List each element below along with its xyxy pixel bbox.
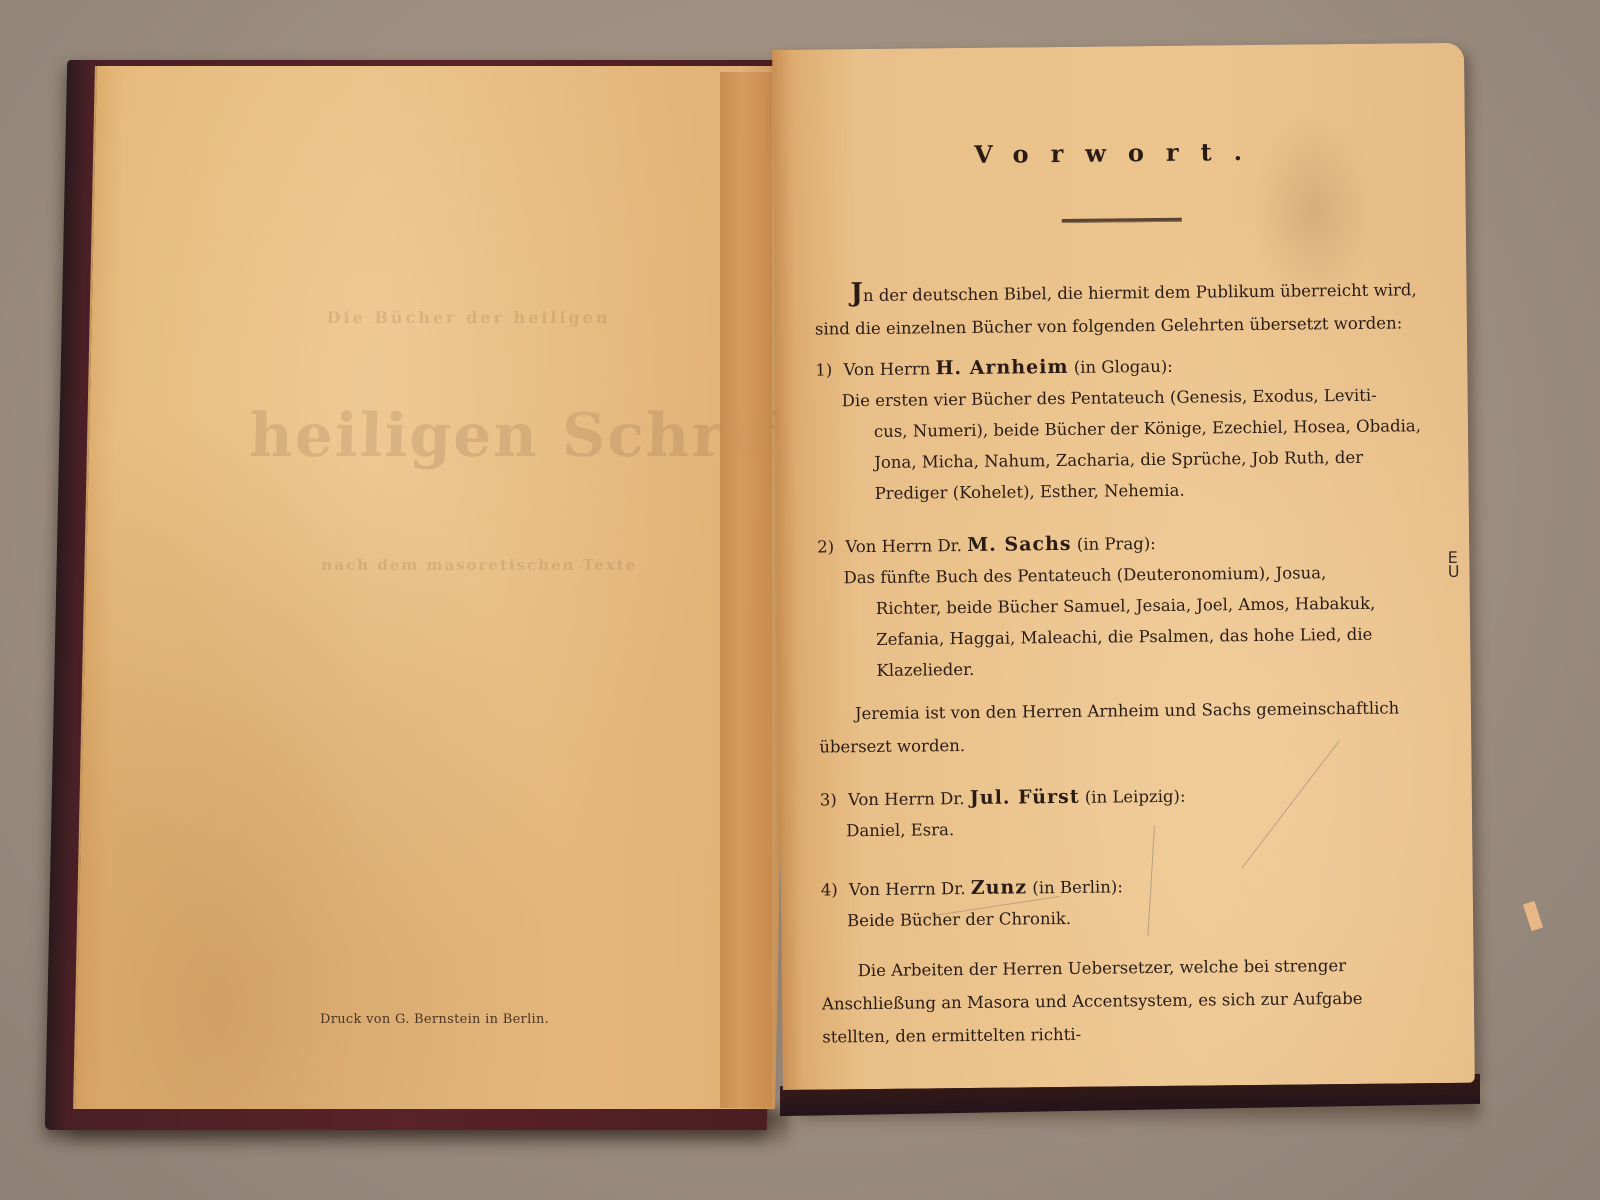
entry-prefix: Von Herrn Dr. [849, 879, 966, 899]
entry-prefix: Von Herrn Dr. [845, 536, 962, 556]
translator-place: (in Glogau): [1074, 357, 1173, 377]
right-page-content: Vorwort. Jn der deutschen Bibel, die hie… [812, 43, 1435, 1089]
books-first-line: Die ersten vier Bücher des Pentateuch (G… [842, 386, 1377, 411]
drop-initial: J [850, 278, 863, 308]
intro-text: n der deutschen Bibel, die hiermit dem P… [815, 280, 1417, 338]
translator-name: Zunz [971, 876, 1028, 899]
entry-number: 3) [820, 790, 837, 809]
translator-entry-2: 2) Von Herrn Dr. M. Sachs (in Prag): Das… [817, 525, 1431, 686]
translator-name: Jul. Fürst [970, 786, 1080, 809]
entry-books: Daniel, Esra. [820, 809, 1432, 846]
entry-number: 2) [817, 537, 834, 556]
intro-paragraph: Jn der deutschen Bibel, die hiermit dem … [814, 271, 1427, 345]
photo-scene: Die Bücher der heiligen heiligen Schrift… [0, 0, 1600, 1200]
page-gutter [720, 72, 772, 1108]
handwritten-margin-note: E U [1448, 551, 1460, 579]
translator-place: (in Leipzig): [1085, 787, 1186, 807]
translator-name: M. Sachs [967, 533, 1072, 556]
books-first-line: Das fünfte Buch des Pentateuch (Deuteron… [843, 563, 1326, 587]
translator-place: (in Prag): [1077, 534, 1156, 554]
translator-name: H. Arnheim [935, 356, 1068, 379]
translator-place: (in Berlin): [1032, 877, 1123, 897]
books-first-line: Daniel, Esra. [846, 820, 954, 840]
paper-scrap [1523, 901, 1543, 931]
left-page: Die Bücher der heiligen heiligen Schrift… [73, 66, 797, 1109]
right-page: Vorwort. Jn der deutschen Bibel, die hie… [772, 43, 1475, 1090]
printer-imprint: Druck von G. Bernstein in Berlin. [320, 1012, 549, 1027]
entry-books: Das fünfte Buch des Pentateuch (Deuteron… [817, 556, 1430, 686]
entry-prefix: Von Herrn [843, 359, 930, 379]
entry-prefix: Von Herrn Dr. [848, 789, 965, 809]
jeremia-note: Jeremia ist von den Herren Arnheim und S… [819, 691, 1432, 763]
books-continuation: Richter, beide Bücher Samuel, Jesaia, Jo… [844, 587, 1431, 686]
translator-entry-3: 3) Von Herrn Dr. Jul. Fürst (in Leipzig)… [820, 778, 1433, 846]
closing-paragraph: Die Arbeiten der Herren Uebersetzer, wel… [821, 948, 1434, 1053]
page-title: Vorwort. [813, 135, 1425, 170]
title-rule-divider [1062, 218, 1182, 223]
entry-number: 4) [821, 880, 838, 899]
show-through-line-3: nach dem masoretischen Texte [321, 556, 637, 574]
translator-entry-1: 1) Von Herrn H. Arnheim (in Glogau): Die… [815, 348, 1429, 509]
show-through-line-1: Die Bücher der heiligen [326, 308, 610, 327]
entry-number: 1) [815, 360, 832, 379]
books-continuation: cus, Numeri), beide Bücher der Könige, E… [842, 410, 1429, 509]
translator-entry-4: 4) Von Herrn Dr. Zunz (in Berlin): Beide… [821, 868, 1434, 936]
entry-books: Die ersten vier Bücher des Pentateuch (G… [816, 379, 1429, 509]
